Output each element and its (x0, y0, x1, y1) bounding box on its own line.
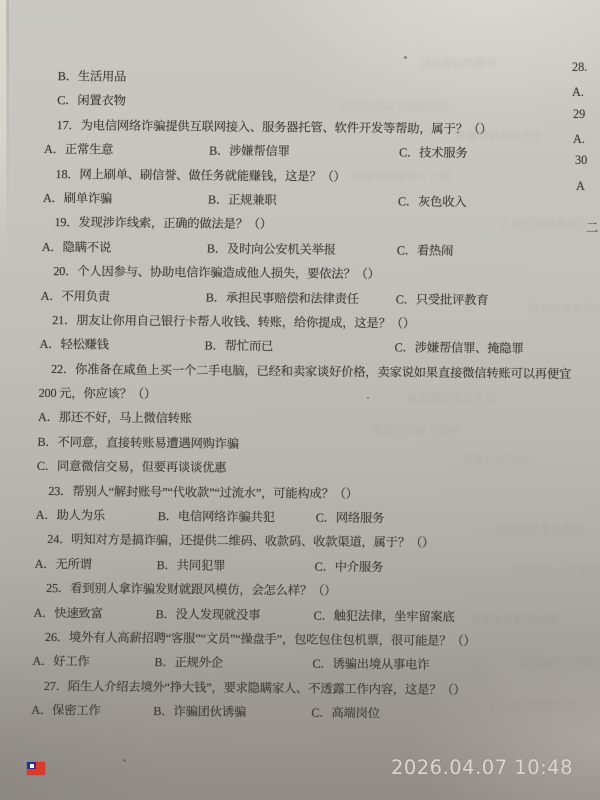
answer-option: A．轻松赚钱 (39, 332, 205, 358)
quiz-text-column: B．生活用品C．闲置衣物17．为电信网络诈骗提供互联网接入、服务器托管、软件开发… (31, 64, 600, 728)
answer-option: B．共同犯罪 (156, 553, 315, 579)
answer-option: B．正规外企 (154, 650, 313, 676)
answer-option: B．及时向公安机关举报 (207, 236, 398, 262)
page-edge-shadow (6, 0, 9, 230)
bleedthrough-text: 公安机关依法处理 (528, 300, 600, 316)
answer-option: C．看热闹 (397, 238, 600, 265)
bleedthrough-text: 正规兼职灰色收入 (500, 215, 588, 231)
answer-option: B．正规兼职 (208, 188, 399, 214)
bleedthrough-text: 涉嫌帮信罪举报 (420, 55, 497, 71)
answer-option: B．涉嫌帮信罪 (209, 139, 400, 165)
taiwan-flag-icon (27, 762, 45, 775)
answer-option: A．助人为乐 (35, 503, 158, 529)
bleedthrough-text: 二维码收款渠道 (462, 452, 539, 468)
answer-option: A．保密工作 (31, 698, 154, 724)
answer-option: B．没人发现就没事 (155, 602, 314, 628)
flag-sun-emblem (30, 764, 34, 768)
answer-option: B．诈骗团伙诱骗 (153, 699, 312, 725)
bleedthrough-text: 电信网络诈骗防范知识 (340, 98, 450, 114)
answer-option: C．涉嫌帮信罪、掩隐罪 (394, 336, 600, 363)
answer-option: C．技术服务 (399, 141, 600, 168)
dust-speck (367, 397, 369, 399)
answer-option: A．隐瞒不说 (42, 235, 208, 261)
bleedthrough-text: 境外高薪招聘诱骗 (408, 390, 496, 406)
answer-option: A．不用负责 (40, 283, 206, 309)
photographed-document: B．生活用品C．闲置衣物17．为电信网络诈骗提供互联网接入、服务器托管、软件开发… (0, 0, 600, 800)
cutoff-text-fragment: A. (573, 131, 585, 147)
cutoff-text-fragment: 28. (572, 59, 587, 75)
answer-option: A．刷单诈骗 (43, 186, 209, 212)
camera-timestamp: 2026.04.07 10:48 (391, 756, 573, 779)
answer-option: A．正常生意 (44, 137, 210, 163)
bleedthrough-text: 出境从事电诈活动 (496, 520, 584, 536)
bleedthrough-text: 银行卡转账收款渠道 (352, 168, 451, 184)
answer-option: A．无所谓 (34, 552, 157, 578)
bleedthrough-text: 触犯法律坐牢案底 (470, 612, 558, 628)
dust-speck (404, 56, 407, 59)
answer-option: C．灰色收入 (398, 189, 600, 216)
bleedthrough-text: 网络诈骗共同犯罪 (372, 422, 460, 438)
cutoff-text-fragment: A. (572, 84, 584, 100)
cutoff-text-fragment: 30 (575, 152, 587, 168)
bleedthrough-text: 个人信息保护要求 (455, 128, 543, 144)
answer-option: B．帮忙而已 (204, 334, 395, 360)
cutoff-text-fragment: A (576, 178, 585, 194)
answer-option: A．好工作 (32, 649, 155, 675)
bleedthrough-text: 帮信罪掩隐罪责任 (488, 698, 576, 714)
answer-option: A．快速致富 (33, 601, 156, 627)
answer-option: B．电信网络诈骗共犯 (157, 504, 316, 530)
answer-option: B．承担民事赔偿和法律责任 (205, 285, 396, 311)
dust-speck (123, 759, 126, 762)
cutoff-text-fragment: 29 (573, 106, 585, 122)
bleedthrough-text: 诈骗团伙诱骗出境 (520, 655, 600, 671)
bleedthrough-text: 隐瞒家人工作内容 (512, 562, 600, 578)
